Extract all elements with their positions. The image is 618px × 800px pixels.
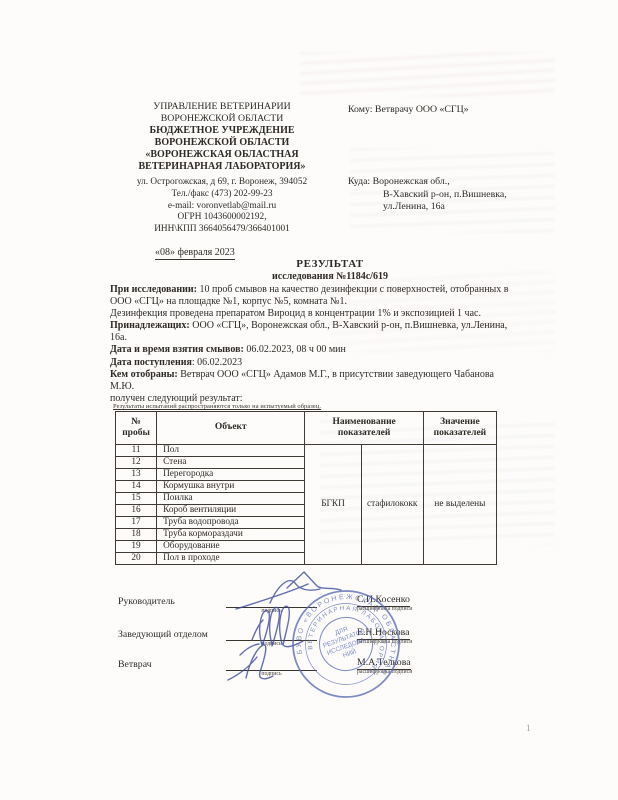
org-phone: Тел./факс (473) 202-99-23 [112, 189, 332, 201]
document-title-block: РЕЗУЛЬТАТ исследования №1184с/619 [110, 258, 550, 282]
table-row: 11 Пол БГКП стафилококк не выделены [116, 445, 497, 457]
sample-number: 12 [116, 457, 157, 469]
where-line: В-Хавский р-он, п.Вишневка, [348, 189, 507, 202]
signature-name-caption: расшифровка подписи [357, 606, 412, 612]
document-body: При исследовании: 10 проб смывов на каче… [110, 284, 516, 405]
indicator-result: не выделены [423, 445, 496, 565]
sample-number: 11 [116, 445, 157, 457]
org-address: ул. Острогожская, д 69, г. Воронеж, 3940… [112, 177, 332, 189]
org-line: ВОРОНЕЖСКОЙ ОБЛАСТИ [112, 137, 332, 149]
to-label: Кому: [348, 104, 372, 115]
sample-number: 17 [116, 517, 157, 529]
sample-object: Поилка [157, 493, 305, 505]
signature-caption: подпись [226, 641, 317, 647]
to-value: Ветврачу ООО «СГЦ» [375, 104, 469, 115]
org-line: «ВОРОНЕЖСКАЯ ОБЛАСТНАЯ [112, 149, 332, 161]
header-sample-number: № пробы [116, 412, 157, 445]
results-table: № пробы Объект Наименование показателей … [115, 411, 497, 565]
signature-role: Руководитель [118, 596, 175, 607]
sample-number: 20 [116, 553, 157, 565]
org-email: e-mail: voronvetlab@mail.ru [112, 201, 332, 213]
org-contacts: ул. Острогожская, д 69, г. Воронеж, 3940… [112, 177, 332, 236]
org-ogrn: ОГРН 1043600002192, [112, 212, 332, 224]
sample-number: 14 [116, 481, 157, 493]
sample-number: 19 [116, 541, 157, 553]
signature-row-veterinarian: Ветврач подпись М.А.Телкова расшифровка … [0, 657, 618, 681]
paragraph-sampled-by: Кем отобраны: Ветврач ООО «СГЦ» Адамов М… [110, 369, 516, 393]
indicator-bgkp: БГКП [305, 445, 361, 565]
org-inn: ИНН\КПП 3664056479/366401001 [112, 224, 332, 236]
signature-role: Заведующий отделом [118, 629, 208, 640]
org-line: ВОРОНЕЖСКОЙ ОБЛАСТИ [112, 113, 332, 125]
paragraph-research: При исследовании: 10 проб смывов на каче… [110, 284, 516, 308]
sample-object: Короб вентиляции [157, 505, 305, 517]
document-title: РЕЗУЛЬТАТ [110, 258, 550, 270]
results-disclaimer: Результаты испытаний распространяются то… [113, 403, 321, 410]
sample-object: Пол [157, 445, 305, 457]
page-number: 1 [526, 723, 531, 733]
signature-role: Ветврач [118, 659, 152, 670]
paragraph-owner: Принадлежащих: ООО «СГЦ», Воронежская об… [110, 320, 516, 344]
document-subtitle: исследования №1184с/619 [110, 271, 550, 282]
org-line: БЮДЖЕТНОЕ УЧРЕЖДЕНИЕ [112, 125, 332, 137]
signature-caption: подпись [226, 608, 317, 614]
bleedthrough-smudge [300, 52, 555, 97]
signature-caption: подпись [226, 671, 317, 677]
sample-object: Труба кормораздачи [157, 529, 305, 541]
header-indicator-name: Наименование показателей [305, 412, 423, 445]
sample-object: Стена [157, 457, 305, 469]
signature-name-caption: расшифровка подписи [357, 639, 412, 645]
sample-object: Кормушка внутри [157, 481, 305, 493]
recipient-address: Куда: Воронежская обл., В-Хавский р-он, … [348, 176, 507, 214]
sample-number: 16 [116, 505, 157, 517]
recipient-to: Кому: Ветврачу ООО «СГЦ» [348, 104, 469, 116]
sample-object: Труба водопровода [157, 517, 305, 529]
sample-object: Пол в проходе [157, 553, 305, 565]
sample-object: Перегородка [157, 469, 305, 481]
header-object: Объект [157, 412, 305, 445]
where-line: ул.Ленина, 16а [348, 201, 507, 214]
signature-stroke-director [287, 572, 341, 590]
header-indicator-value: Значение показателей [423, 412, 496, 445]
signature-row-department-head: Заведующий отделом подпись Е.Н.Носкова р… [0, 627, 618, 651]
table-header-row: № пробы Объект Наименование показателей … [116, 412, 497, 445]
where-line: Куда: Воронежская обл., [348, 176, 507, 189]
org-line: УПРАВЛЕНИЕ ВЕТЕРИНАРИИ [112, 101, 332, 113]
indicator-staph: стафилококк [361, 445, 423, 565]
paragraph-received-date: Дата поступления: 06.02.2023 [110, 357, 516, 369]
sample-number: 13 [116, 469, 157, 481]
scanned-document-page: УПРАВЛЕНИЕ ВЕТЕРИНАРИИ ВОРОНЕЖСКОЙ ОБЛАС… [0, 0, 618, 800]
org-line: ВЕТЕРИНАРНАЯ ЛАБОРАТОРИЯ» [112, 161, 332, 173]
sample-object: Оборудование [157, 541, 305, 553]
sample-number: 18 [116, 529, 157, 541]
letterhead: УПРАВЛЕНИЕ ВЕТЕРИНАРИИ ВОРОНЕЖСКОЙ ОБЛАС… [112, 101, 332, 236]
sample-number: 15 [116, 493, 157, 505]
signature-name-caption: расшифровка подписи [357, 669, 412, 675]
paragraph-disinfection: Дезинфекция проведена препаратом Вироцид… [110, 308, 516, 320]
paragraph-sampling-datetime: Дата и время взятия смывов: 06.02.2023, … [110, 344, 516, 356]
signature-row-director: Руководитель подпись С.И.Косенко расшифр… [0, 594, 618, 618]
